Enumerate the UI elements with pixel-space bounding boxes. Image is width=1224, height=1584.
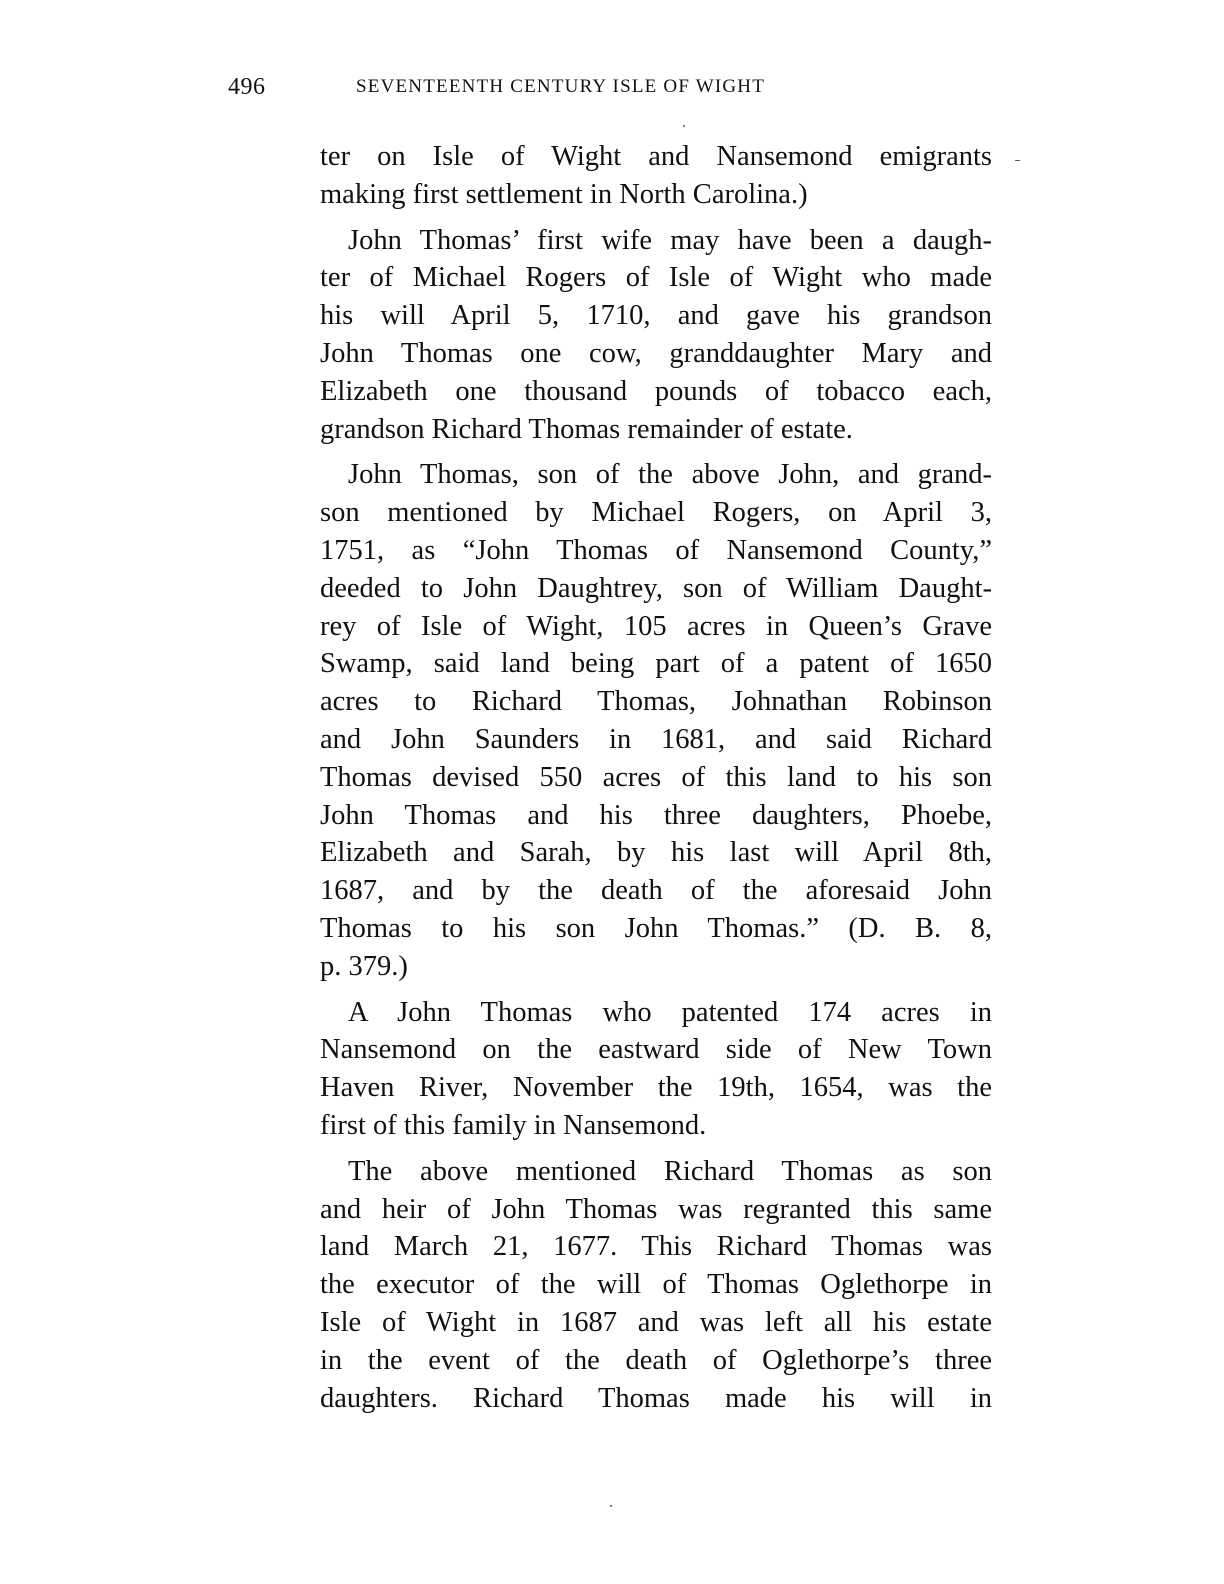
- text-line: John Thomas, son of the above John, and …: [320, 456, 992, 494]
- text-line: making first settlement in North Carolin…: [320, 176, 992, 214]
- running-title: SEVENTEENTH CENTURY ISLE OF WIGHT: [356, 76, 765, 98]
- text-line: in the event of the death of Oglethorpe’…: [320, 1342, 992, 1380]
- page-number: 496: [228, 74, 266, 101]
- text-line: 1687, and by the death of the aforesaid …: [320, 872, 992, 910]
- book-page: 496 SEVENTEENTH CENTURY ISLE OF WIGHT te…: [0, 0, 1224, 1584]
- text-line: rey of Isle of Wight, 105 acres in Queen…: [320, 608, 992, 646]
- text-line: deeded to John Daughtrey, son of William…: [320, 570, 992, 608]
- paragraph: John Thomas’ first wife may have been a …: [320, 222, 992, 449]
- running-head: 496 SEVENTEENTH CENTURY ISLE OF WIGHT: [228, 74, 868, 104]
- text-line: Haven River, November the 19th, 1654, wa…: [320, 1069, 992, 1107]
- text-line: land March 21, 1677. This Richard Thomas…: [320, 1228, 992, 1266]
- text-line: ter on Isle of Wight and Nansemond emigr…: [320, 138, 992, 176]
- text-line: John Thomas’ first wife may have been a …: [320, 222, 992, 260]
- text-line: daughters. Richard Thomas made his will …: [320, 1380, 992, 1418]
- paragraph: ter on Isle of Wight and Nansemond emigr…: [320, 138, 992, 214]
- paragraph: The above mentioned Richard Thomas as so…: [320, 1153, 992, 1418]
- scan-speck: [683, 125, 685, 127]
- text-line: Thomas devised 550 acres of this land to…: [320, 759, 992, 797]
- text-line: ter of Michael Rogers of Isle of Wight w…: [320, 259, 992, 297]
- text-line: and heir of John Thomas was regranted th…: [320, 1191, 992, 1229]
- text-line: first of this family in Nansemond.: [320, 1107, 992, 1145]
- text-line: and John Saunders in 1681, and said Rich…: [320, 721, 992, 759]
- text-line: Isle of Wight in 1687 and was left all h…: [320, 1304, 992, 1342]
- text-line: Thomas to his son John Thomas.” (D. B. 8…: [320, 910, 992, 948]
- text-line: p. 379.): [320, 948, 992, 986]
- text-line: Elizabeth and Sarah, by his last will Ap…: [320, 834, 992, 872]
- scan-speck: [610, 1505, 612, 1507]
- text-line: The above mentioned Richard Thomas as so…: [320, 1153, 992, 1191]
- text-line: Nansemond on the eastward side of New To…: [320, 1031, 992, 1069]
- text-line: John Thomas and his three daughters, Pho…: [320, 797, 992, 835]
- text-line: son mentioned by Michael Rogers, on Apri…: [320, 494, 992, 532]
- text-line: 1751, as “John Thomas of Nansemond Count…: [320, 532, 992, 570]
- text-line: acres to Richard Thomas, Johnathan Robin…: [320, 683, 992, 721]
- scan-speck: [1015, 160, 1020, 161]
- text-line: Swamp, said land being part of a patent …: [320, 645, 992, 683]
- text-line: A John Thomas who patented 174 acres in: [320, 994, 992, 1032]
- text-line: his will April 5, 1710, and gave his gra…: [320, 297, 992, 335]
- text-line: the executor of the will of Thomas Oglet…: [320, 1266, 992, 1304]
- text-line: Elizabeth one thousand pounds of tobacco…: [320, 373, 992, 411]
- body-text: ter on Isle of Wight and Nansemond emigr…: [320, 138, 992, 1417]
- paragraph: A John Thomas who patented 174 acres in …: [320, 994, 992, 1145]
- paragraph: John Thomas, son of the above John, and …: [320, 456, 992, 985]
- text-line: John Thomas one cow, granddaughter Mary …: [320, 335, 992, 373]
- text-line: grandson Richard Thomas remainder of est…: [320, 411, 992, 449]
